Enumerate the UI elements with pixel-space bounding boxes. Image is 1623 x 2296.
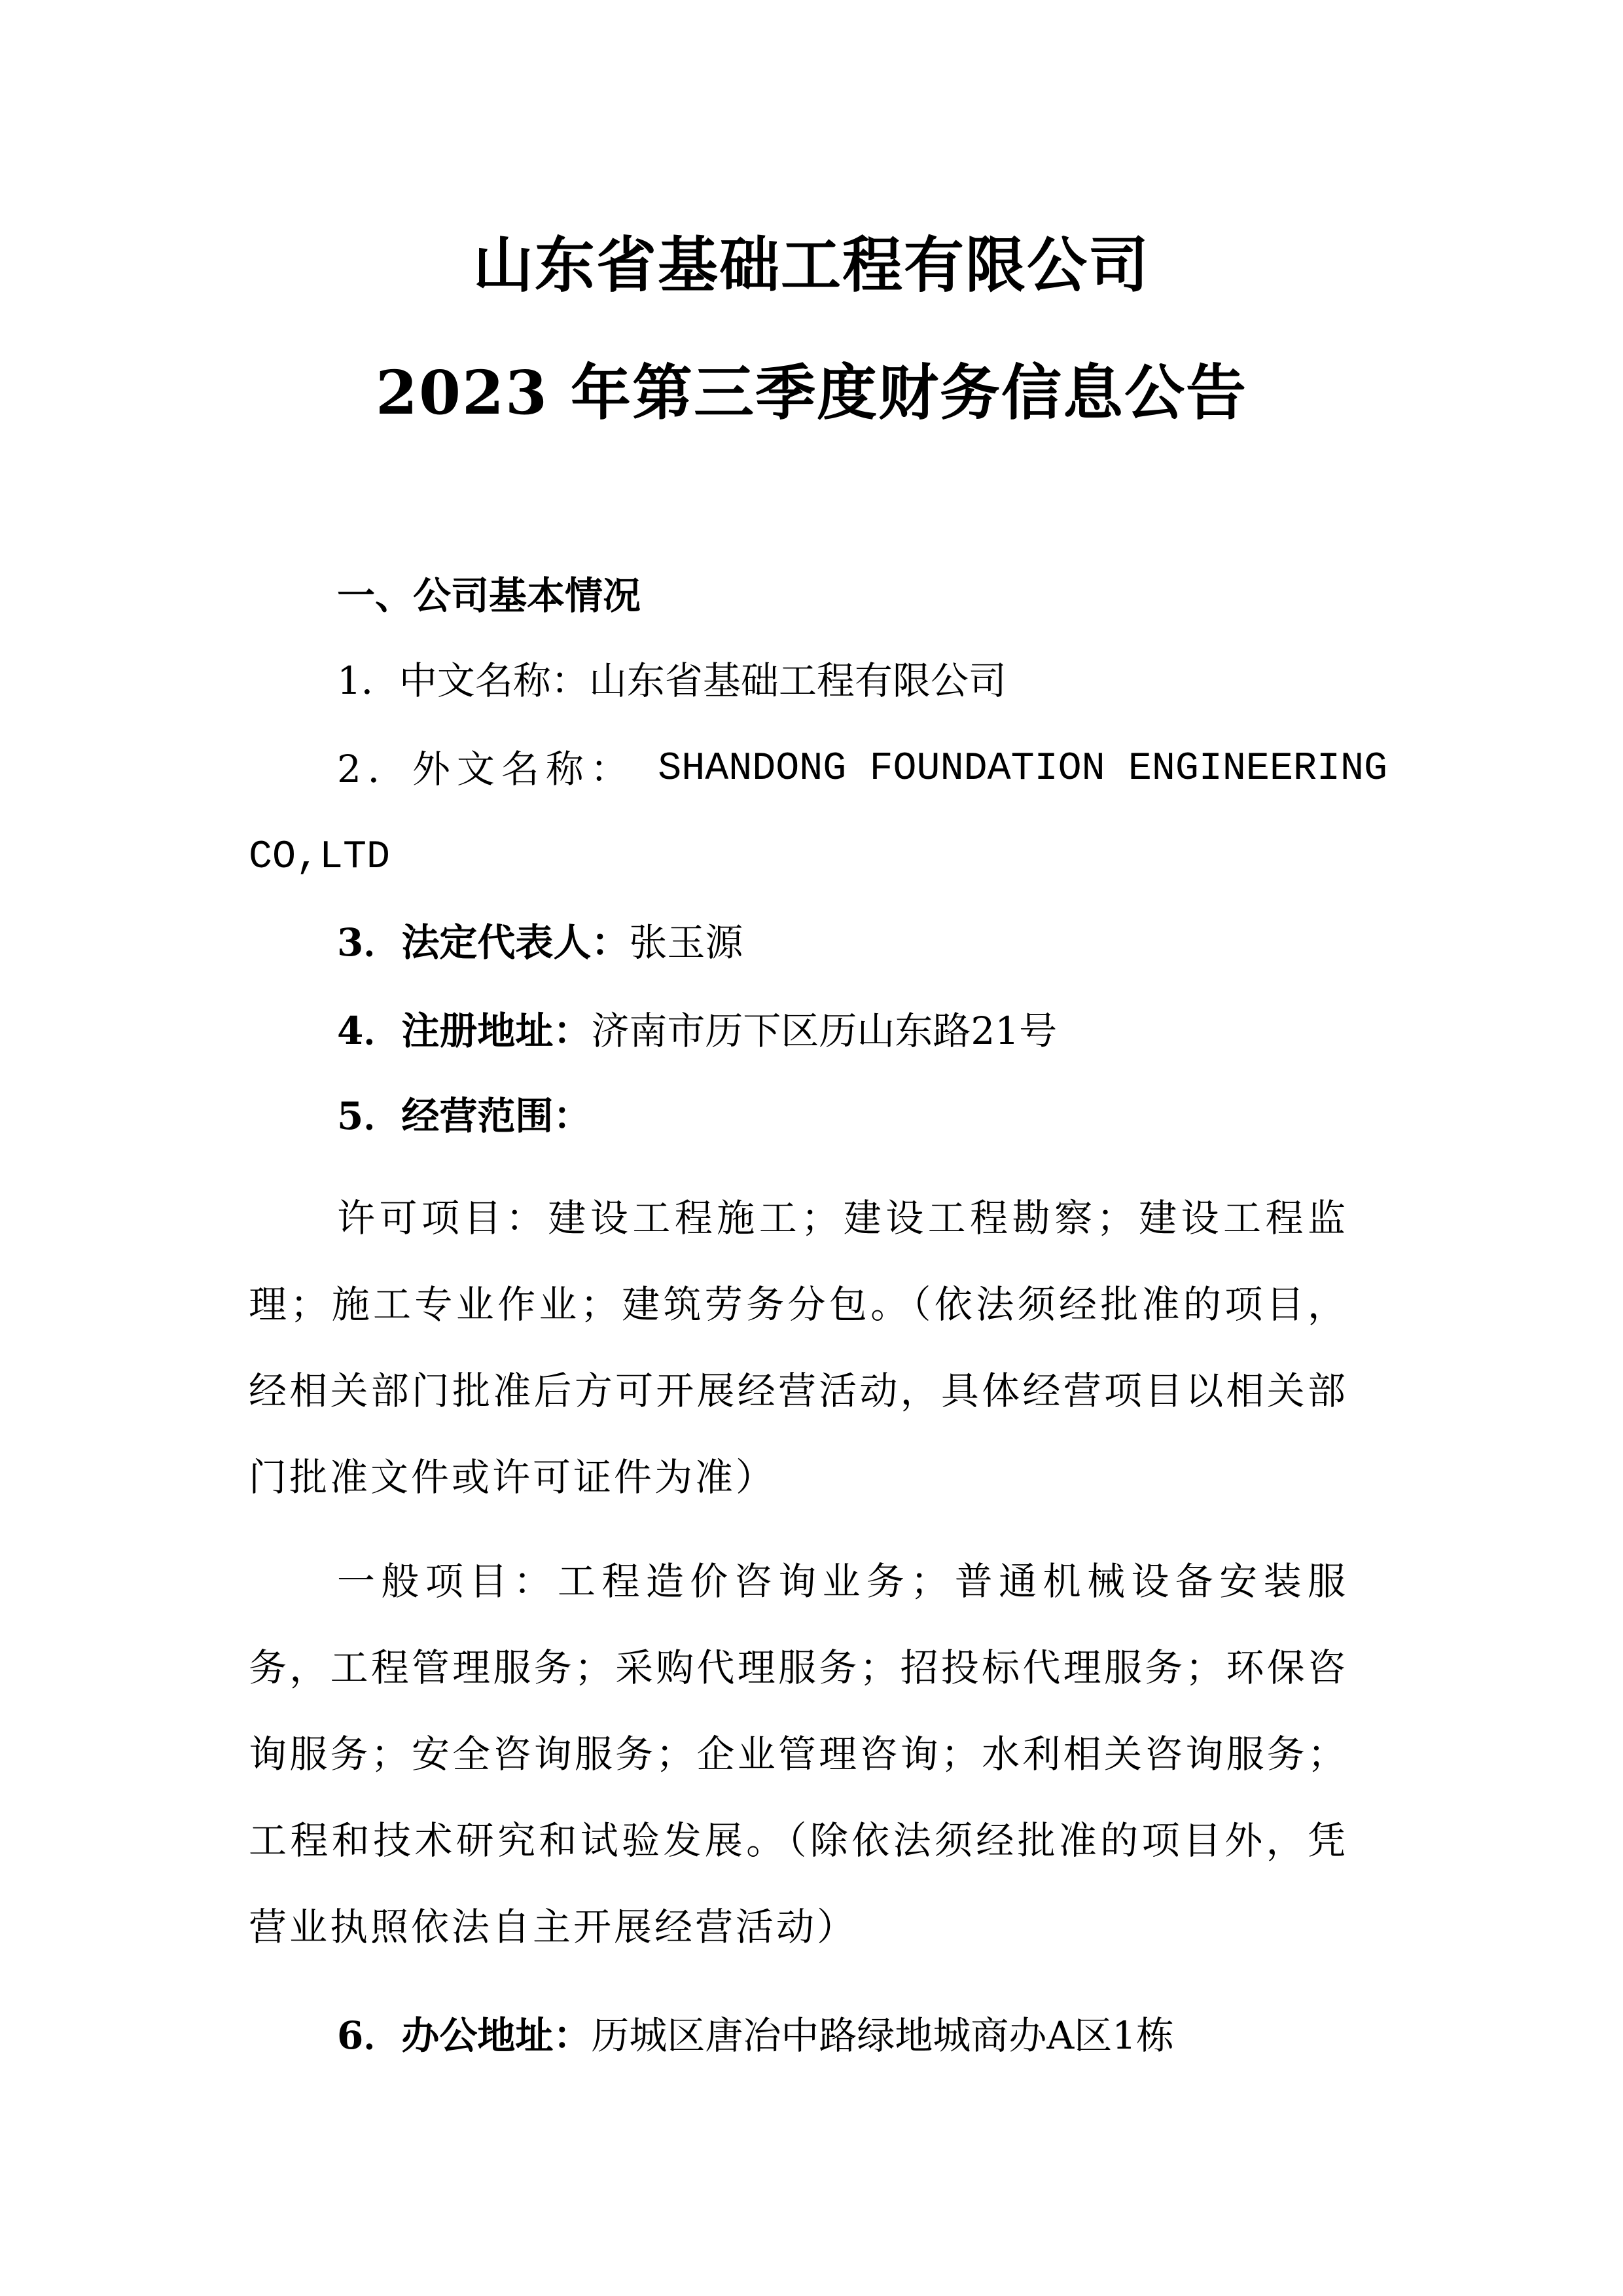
section-heading-basic-info: 一、公司基本情况	[337, 573, 1476, 619]
item-registered-address: 4．注册地址：济南市历下区历山东路21号	[337, 1008, 1476, 1054]
item-value: 张玉源	[629, 920, 743, 965]
item-label: 6．办公地址：	[337, 2013, 591, 2058]
document-title-company: 山东省基础工程有限公司	[0, 229, 1623, 301]
item-label: 3．法定代表人：	[337, 920, 629, 965]
document-page: 山东省基础工程有限公司 2023 年第三季度财务信息公告 一、公司基本情况 1．…	[0, 0, 1623, 2296]
item-label: 1．中文名称：	[337, 658, 589, 703]
item-label: 2．外文名称：	[337, 746, 635, 792]
item-value: 济南市历下区历山东路21号	[591, 1009, 1057, 1053]
item-value: 山东省基础工程有限公司	[589, 658, 1007, 703]
item-english-name: 2．外文名称： SHANDONG FOUNDATION ENGINEERING	[337, 746, 1476, 792]
business-scope-general: 一般项目：工程造价咨询业务；普通机械设备安装服务，工程管理服务；采购代理服务；招…	[249, 1538, 1348, 1970]
item-chinese-name: 1．中文名称：山东省基础工程有限公司	[337, 658, 1476, 704]
english-word: SHANDONG	[658, 746, 846, 792]
item-label: 4．注册地址：	[337, 1009, 591, 1053]
item-business-scope: 5．经营范围：	[337, 1093, 1476, 1139]
item-english-name-continued: CO,LTD	[249, 834, 1387, 880]
item-value: 历城区唐冶中路绿地城商办A区1栋	[591, 2013, 1174, 2058]
english-name-line: 2．外文名称： SHANDONG FOUNDATION ENGINEERING	[337, 746, 1387, 792]
document-title-report: 2023 年第三季度财务信息公告	[0, 357, 1623, 429]
business-scope-licensed: 许可项目：建设工程施工；建设工程勘察；建设工程监理；施工专业作业；建筑劳务分包。…	[249, 1175, 1348, 1520]
item-legal-representative: 3．法定代表人：张玉源	[337, 920, 1476, 965]
english-word: ENGINEERING	[1128, 746, 1387, 792]
item-office-address: 6．办公地址：历城区唐冶中路绿地城商办A区1栋	[337, 2013, 1476, 2058]
english-word: FOUNDATION	[870, 746, 1105, 792]
